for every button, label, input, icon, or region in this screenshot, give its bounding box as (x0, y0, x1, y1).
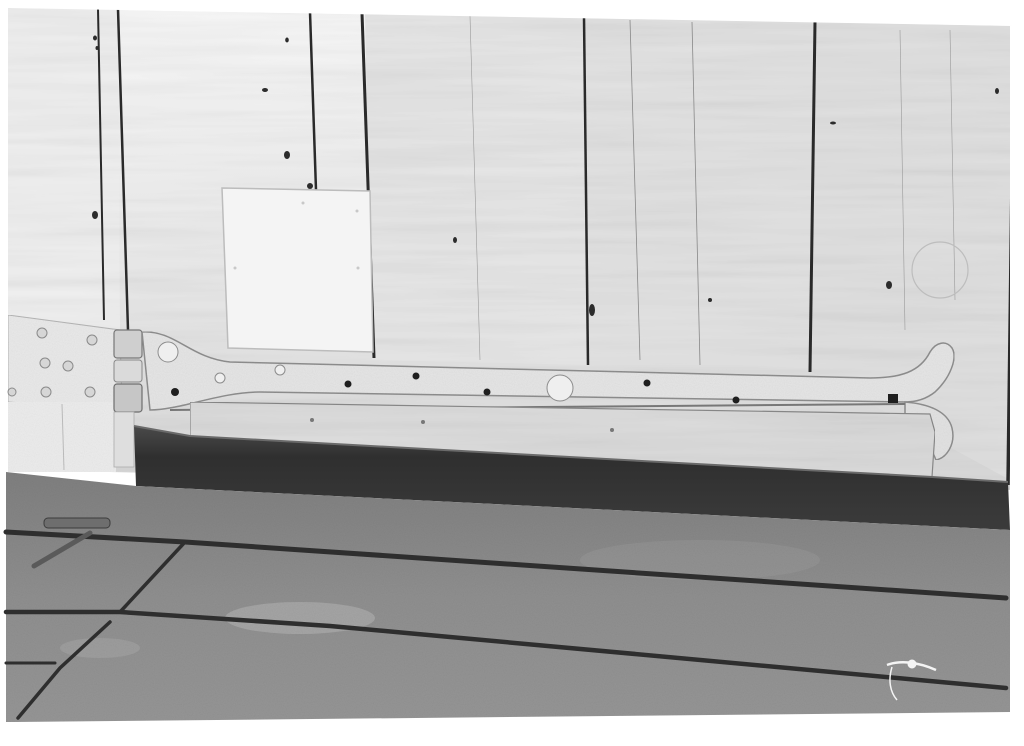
hinge-left-plate (8, 315, 122, 472)
photograph (0, 0, 1024, 746)
square-plate (222, 188, 373, 352)
